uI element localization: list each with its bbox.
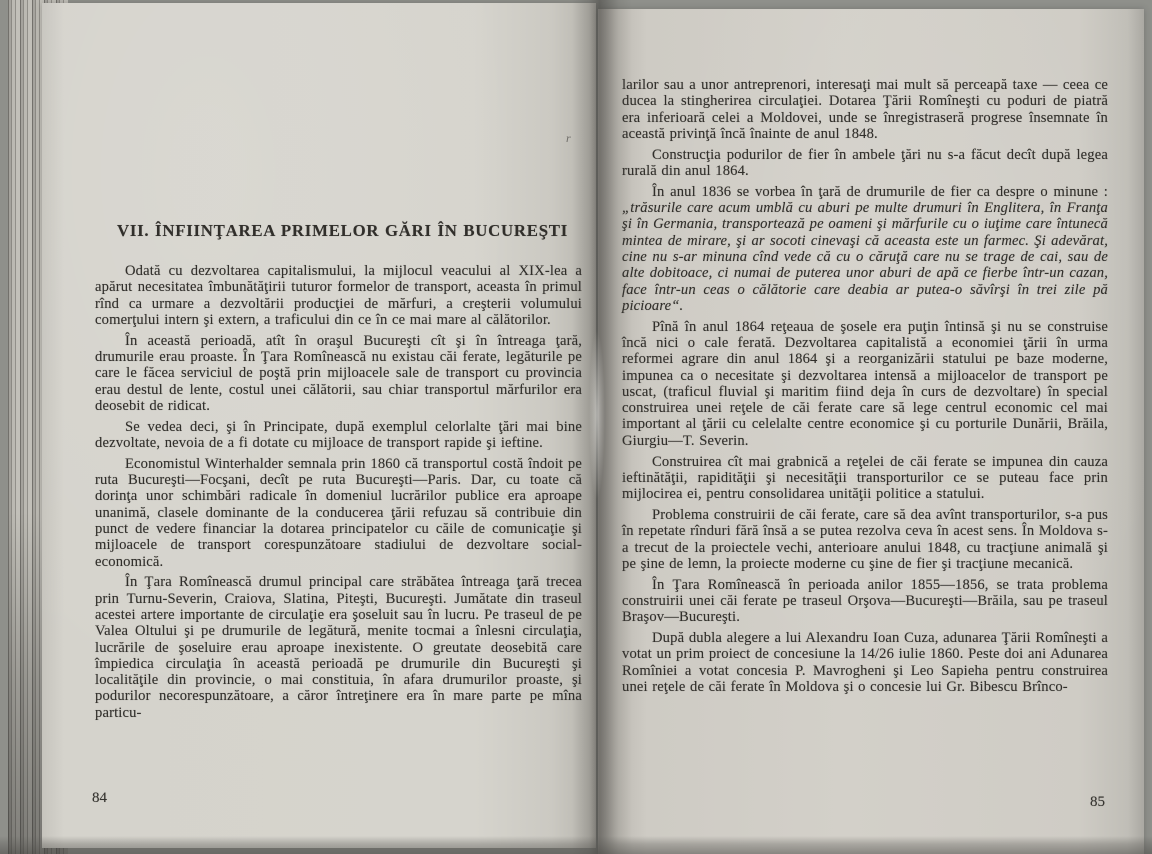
left-page: VII. ÎNFIINŢAREA PRIMELOR GĂRI ÎN BUCURE… (42, 3, 596, 848)
book-scan: VII. ÎNFIINŢAREA PRIMELOR GĂRI ÎN BUCURE… (0, 0, 1152, 854)
paragraph: Odată cu dezvoltarea capitalismului, la … (95, 263, 582, 328)
body-text: În Ţara Romînească în perioada anilor 18… (622, 577, 1108, 626)
right-page: larilor sau a unor antreprenori, interes… (598, 9, 1144, 854)
stray-mark: r (566, 131, 571, 146)
body-text: După dubla alegere a lui Alexandru Ioan … (622, 630, 1108, 695)
paragraph: Se vedea deci, şi în Principate, după ex… (95, 419, 582, 452)
paragraph: Problema construirii de căi ferate, care… (622, 507, 1108, 572)
paragraph: În Ţara Romînească în perioada anilor 18… (622, 577, 1108, 626)
quoted-italic-text: „trăsurile care acum umblă cu aburi pe m… (622, 200, 1108, 314)
paragraph: În această perioadă, atît în oraşul Bucu… (95, 333, 582, 414)
page-number-right: 85 (1090, 794, 1105, 811)
paragraph: Pînă în anul 1864 reţeaua de şosele era … (622, 319, 1108, 449)
paragraph: După dubla alegere a lui Alexandru Ioan … (622, 630, 1108, 695)
right-page-text: larilor sau a unor antreprenori, interes… (622, 77, 1108, 700)
paragraph: larilor sau a unor antreprenori, interes… (622, 77, 1108, 142)
body-text: larilor sau a unor antreprenori, interes… (622, 77, 1108, 142)
paragraph: În anul 1836 se vorbea în ţară de drumur… (622, 184, 1108, 314)
body-text: În Ţara Romînească drumul principal care… (95, 574, 582, 720)
paragraph: Economistul Winterhalder semnala prin 18… (95, 456, 582, 570)
paragraph: În Ţara Romînească drumul principal care… (95, 574, 582, 721)
body-text: Pînă în anul 1864 reţeaua de şosele era … (622, 319, 1108, 449)
body-text: Odată cu dezvoltarea capitalismului, la … (95, 263, 582, 328)
left-page-paragraphs: Odată cu dezvoltarea capitalismului, la … (95, 263, 582, 721)
body-text: Economistul Winterhalder semnala prin 18… (95, 456, 582, 570)
body-text: Se vedea deci, şi în Principate, după ex… (95, 419, 582, 451)
body-text: Construirea cît mai grabnică a reţelei d… (622, 454, 1108, 503)
body-text: În această perioadă, atît în oraşul Bucu… (95, 333, 582, 414)
right-page-paragraphs: larilor sau a unor antreprenori, interes… (622, 77, 1108, 695)
paragraph: Construcţia podurilor de fier în ambele … (622, 147, 1108, 180)
body-text: Construcţia podurilor de fier în ambele … (622, 147, 1108, 179)
body-text: Problema construirii de căi ferate, care… (622, 507, 1108, 572)
page-number-left: 84 (92, 790, 107, 807)
body-text: În anul 1836 se vorbea în ţară de drumur… (652, 184, 1108, 200)
paragraph: Construirea cît mai grabnică a reţelei d… (622, 454, 1108, 503)
left-page-text: VII. ÎNFIINŢAREA PRIMELOR GĂRI ÎN BUCURE… (95, 221, 582, 726)
chapter-heading: VII. ÎNFIINŢAREA PRIMELOR GĂRI ÎN BUCURE… (103, 221, 582, 241)
